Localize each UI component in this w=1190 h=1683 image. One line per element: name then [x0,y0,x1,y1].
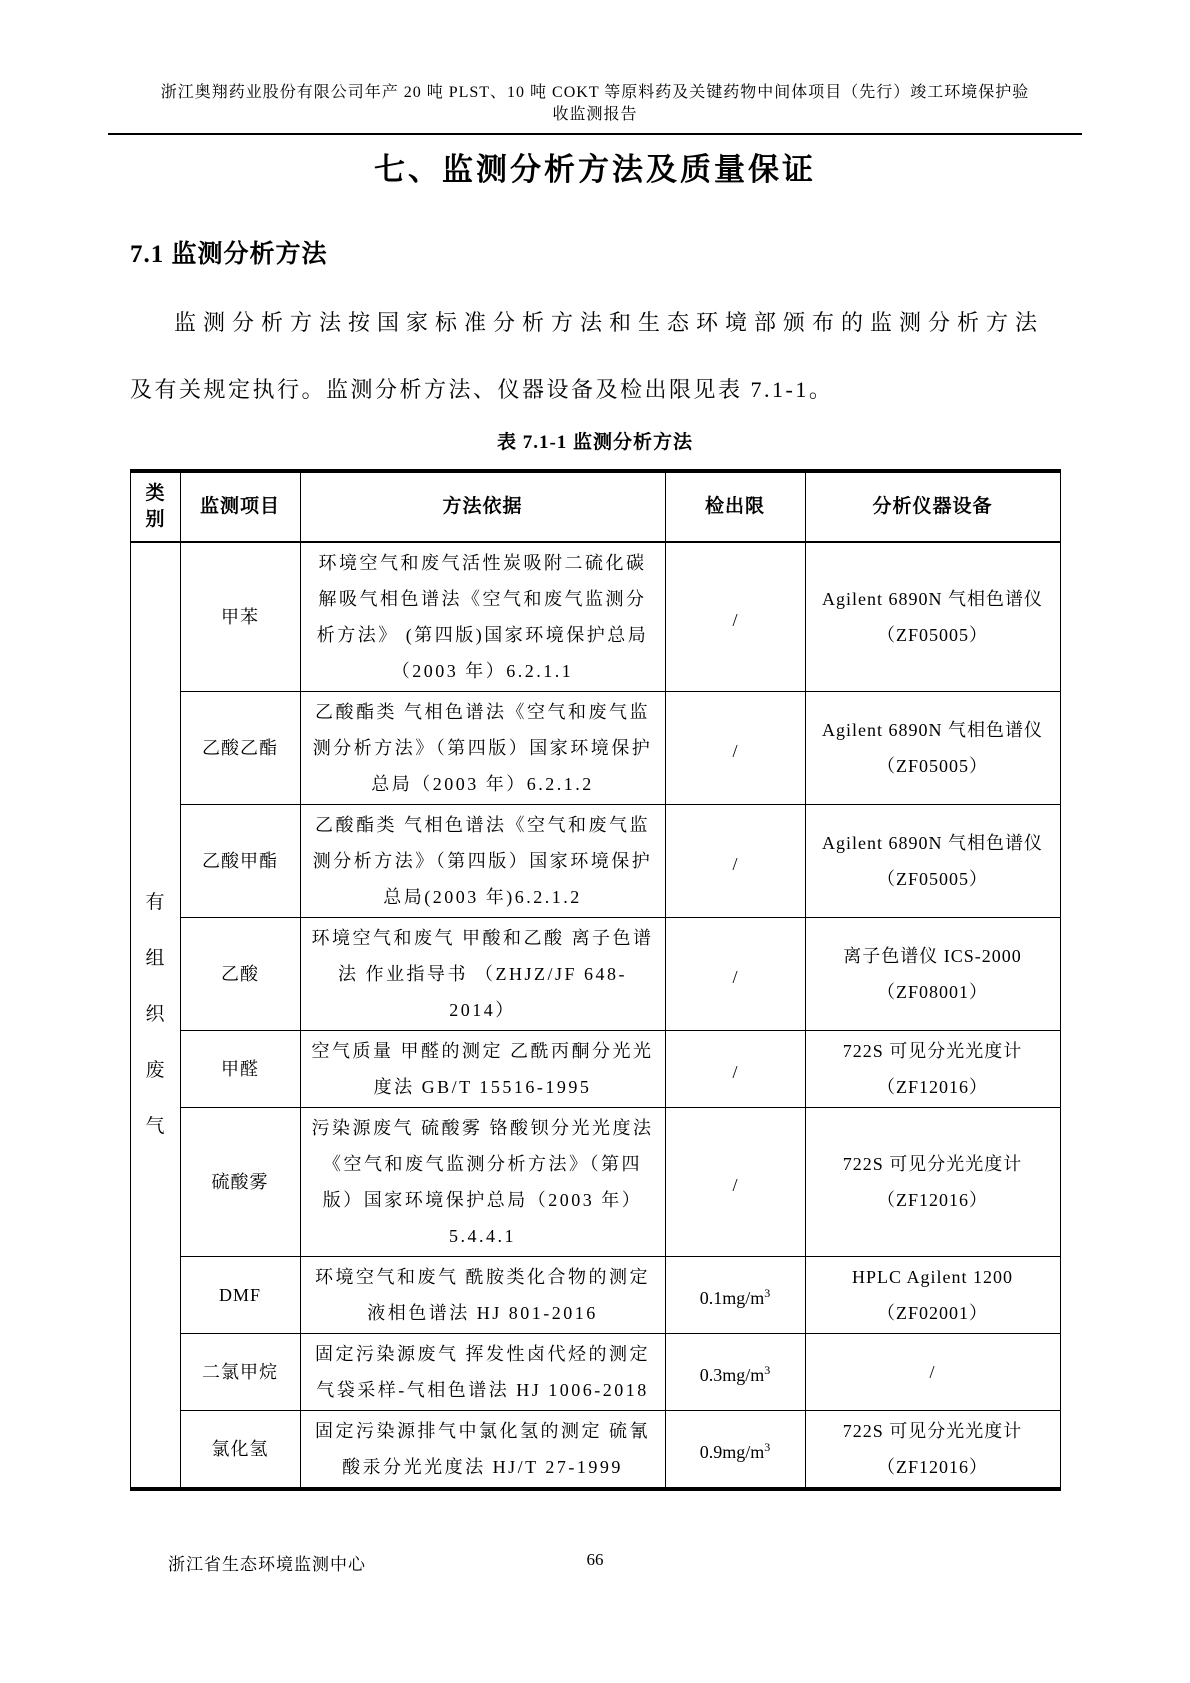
limit-value: / [732,854,737,874]
method-cell: 空气质量 甲醛的测定 乙酰丙酮分光光度法 GB/T 15516-1995 [300,1031,665,1108]
limit-superscript: 3 [764,1440,770,1454]
method-cell: 乙酸酯类 气相色谱法《空气和废气监测分析方法》（第四版）国家环境保护总局（200… [300,692,665,805]
method-cell: 环境空气和废气活性炭吸附二硫化碳解吸气相色谱法《空气和废气监测分析方法》 (第四… [300,542,665,692]
col-header-method: 方法依据 [300,471,665,542]
col-header-limit: 检出限 [665,471,805,542]
table-row: 二氯甲烷 固定污染源废气 挥发性卤代烃的测定 气袋采样-气相色谱法 HJ 100… [130,1334,1060,1411]
header-divider [108,133,1082,135]
monitoring-methods-table: 类别 监测项目 方法依据 检出限 分析仪器设备 有组织废气 甲苯 环境空气和废气… [130,469,1061,1491]
limit-value: 0.9mg/m [700,1442,765,1462]
limit-cell: 0.3mg/m3 [665,1334,805,1411]
instrument-cell: 离子色谱仪 ICS-2000（ZF08001） [805,918,1060,1031]
intro-paragraph-line2: 及有关规定执行。监测分析方法、仪器设备及检出限见表 7.1-1。 [130,356,1060,423]
method-cell: 乙酸酯类 气相色谱法《空气和废气监测分析方法》（第四版）国家环境保护总局(200… [300,805,665,918]
item-cell: 二氯甲烷 [180,1334,300,1411]
table-row: 乙酸甲酯 乙酸酯类 气相色谱法《空气和废气监测分析方法》（第四版）国家环境保护总… [130,805,1060,918]
limit-cell: / [665,805,805,918]
item-cell: 甲苯 [180,542,300,692]
table-header-row: 类别 监测项目 方法依据 检出限 分析仪器设备 [130,471,1060,542]
item-cell: DMF [180,1257,300,1334]
intro-paragraph-line1: 监测分析方法按国家标准分析方法和生态环境部颁布的监测分析方法 [130,289,1060,356]
item-cell: 乙酸甲酯 [180,805,300,918]
page-footer: 66 浙江省生态环境监测中心 [0,1550,1190,1576]
method-cell: 环境空气和废气 酰胺类化合物的测定 液相色谱法 HJ 801-2016 [300,1257,665,1334]
limit-cell: / [665,692,805,805]
limit-superscript: 3 [764,1286,770,1300]
intro-paragraph: 监测分析方法按国家标准分析方法和生态环境部颁布的监测分析方法 及有关规定执行。监… [130,289,1060,423]
instrument-cell: Agilent 6890N 气相色谱仪（ZF05005） [805,542,1060,692]
method-cell: 固定污染源废气 挥发性卤代烃的测定 气袋采样-气相色谱法 HJ 1006-201… [300,1334,665,1411]
table-row: 有组织废气 甲苯 环境空气和废气活性炭吸附二硫化碳解吸气相色谱法《空气和废气监测… [130,542,1060,692]
footer-organization: 浙江省生态环境监测中心 [168,1550,366,1575]
item-cell: 乙酸 [180,918,300,1031]
limit-value: 0.1mg/m [700,1288,765,1308]
limit-cell: / [665,1108,805,1257]
method-cell: 污染源废气 硫酸雾 铬酸钡分光光度法《空气和废气监测分析方法》（第四版）国家环境… [300,1108,665,1257]
method-cell: 环境空气和废气 甲酸和乙酸 离子色谱法 作业指导书 （ZHJZ/JF 648-2… [300,918,665,1031]
method-cell: 固定污染源排气中氯化氢的测定 硫氰酸汞分光光度法 HJ/T 27-1999 [300,1411,665,1490]
chapter-title: 七、监测分析方法及质量保证 [0,149,1190,191]
instrument-cell: 722S 可见分光光度计（ZF12016） [805,1108,1060,1257]
limit-value: / [732,610,737,630]
table-row: 硫酸雾 污染源废气 硫酸雾 铬酸钡分光光度法《空气和废气监测分析方法》（第四版）… [130,1108,1060,1257]
report-page: 浙江奥翔药业股份有限公司年产 20 吨 PLST、10 吨 COKT 等原料药及… [0,0,1190,1683]
instrument-cell: / [805,1334,1060,1411]
table-row: 甲醛 空气质量 甲醛的测定 乙酰丙酮分光光度法 GB/T 15516-1995 … [130,1031,1060,1108]
limit-value: / [732,1175,737,1195]
col-header-category: 类别 [130,471,180,542]
document-header: 浙江奥翔药业股份有限公司年产 20 吨 PLST、10 吨 COKT 等原料药及… [108,82,1082,126]
limit-value: / [732,741,737,761]
limit-value: 0.3mg/m [700,1365,765,1385]
item-cell: 硫酸雾 [180,1108,300,1257]
table-row: 乙酸 环境空气和废气 甲酸和乙酸 离子色谱法 作业指导书 （ZHJZ/JF 64… [130,918,1060,1031]
limit-cell: 0.9mg/m3 [665,1411,805,1490]
item-cell: 乙酸乙酯 [180,692,300,805]
limit-superscript: 3 [764,1363,770,1377]
limit-cell: / [665,542,805,692]
section-title: 7.1 监测分析方法 [130,237,1060,273]
limit-value: / [732,967,737,987]
col-header-item: 监测项目 [180,471,300,542]
table-caption: 表 7.1-1 监测分析方法 [0,429,1190,457]
item-cell: 氯化氢 [180,1411,300,1490]
col-header-instrument: 分析仪器设备 [805,471,1060,542]
instrument-cell: 722S 可见分光光度计（ZF12016） [805,1031,1060,1108]
instrument-cell: Agilent 6890N 气相色谱仪（ZF05005） [805,805,1060,918]
document-header-line1: 浙江奥翔药业股份有限公司年产 20 吨 PLST、10 吨 COKT 等原料药及… [108,82,1082,104]
limit-cell: / [665,1031,805,1108]
instrument-cell: Agilent 6890N 气相色谱仪（ZF05005） [805,692,1060,805]
limit-cell: / [665,918,805,1031]
category-cell: 有组织废气 [130,542,180,1489]
instrument-cell: HPLC Agilent 1200（ZF02001） [805,1257,1060,1334]
document-header-line2: 收监测报告 [108,104,1082,126]
item-cell: 甲醛 [180,1031,300,1108]
limit-value: / [732,1062,737,1082]
instrument-cell: 722S 可见分光光度计（ZF12016） [805,1411,1060,1490]
table-row: 乙酸乙酯 乙酸酯类 气相色谱法《空气和废气监测分析方法》（第四版）国家环境保护总… [130,692,1060,805]
table-row: DMF 环境空气和废气 酰胺类化合物的测定 液相色谱法 HJ 801-2016 … [130,1257,1060,1334]
limit-cell: 0.1mg/m3 [665,1257,805,1334]
table-row: 氯化氢 固定污染源排气中氯化氢的测定 硫氰酸汞分光光度法 HJ/T 27-199… [130,1411,1060,1490]
